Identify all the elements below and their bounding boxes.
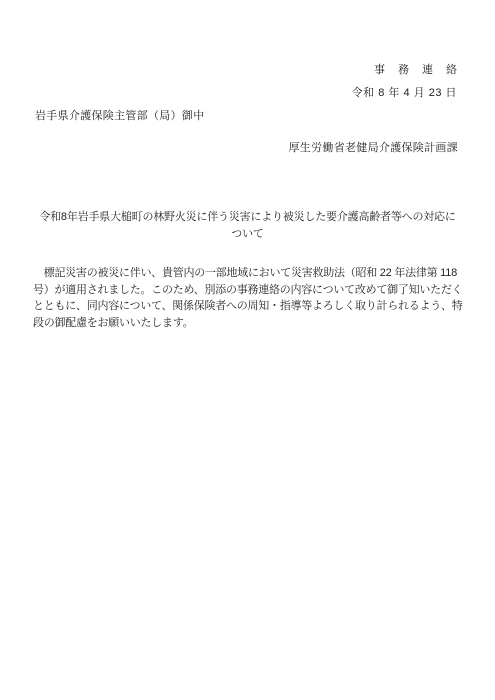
body-line: 号）が適用されました。このため、別添の事務連絡の内容について改めて御了知いただく	[33, 282, 467, 299]
body-paragraph: 標記災害の被災に伴い、貴管内の一部地域において災害救助法（昭和 22 年法律第 …	[33, 265, 467, 331]
body-line: 標記災害の被災に伴い、貴管内の一部地域において災害救助法（昭和 22 年法律第 …	[33, 265, 467, 282]
document-title-line1: 令和8年岩手県大槌町の林野火災に伴う災害により被災した要介護高齢者等への対応に	[20, 209, 475, 226]
body-line: とともに、同内容について、関係保険者への周知・指導等よろしく取り計られるよう、特	[33, 298, 467, 315]
doc-date: 令和 8 年 4 月 23 日	[352, 84, 457, 100]
addressee: 岩手県介護保険主管部（局）御中	[35, 107, 205, 123]
doc-type-label: 事 務 連 絡	[374, 61, 458, 77]
body-line: 段の御配慮をお願いいたします。	[33, 315, 467, 332]
document-title: 令和8年岩手県大槌町の林野火災に伴う災害により被災した要介護高齢者等への対応に …	[20, 209, 475, 243]
sender-department: 厚生労働省老健局介護保険計画課	[289, 139, 459, 155]
document-page: 事 務 連 絡 令和 8 年 4 月 23 日 岩手県介護保険主管部（局）御中 …	[0, 0, 495, 700]
document-title-line2: ついて	[20, 226, 475, 243]
